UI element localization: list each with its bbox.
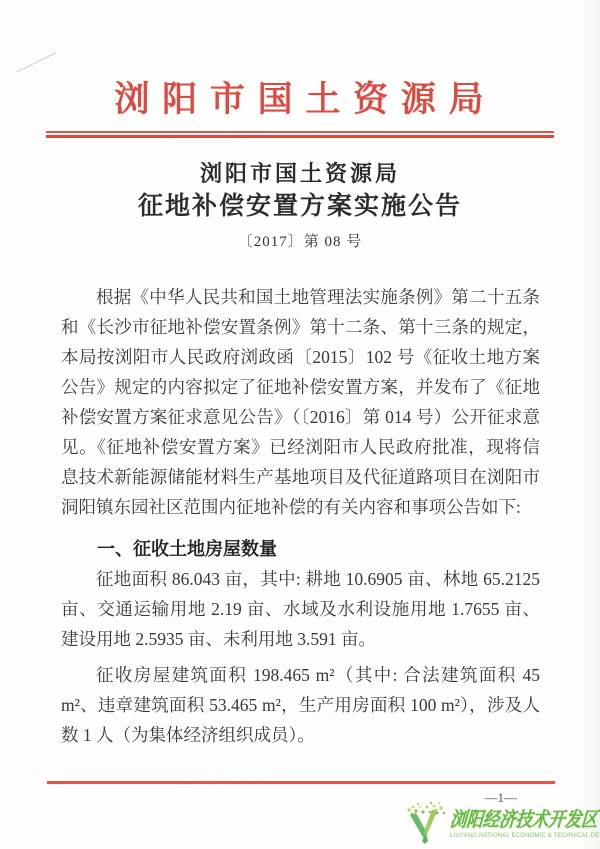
document-body: 根据《中华人民共和国土地管理法实施条例》第二十五条和《长沙市征地补偿安置条例》第…	[61, 282, 540, 750]
section-1-heading: 一、征收土地房屋数量	[61, 534, 540, 564]
document-number: 〔2017〕第 08 号	[0, 231, 600, 253]
body-paragraph-1: 根据《中华人民共和国土地管理法实施条例》第二十五条和《长沙市征地补偿安置条例》第…	[61, 282, 540, 522]
agency-masthead: 浏 阳 市 国 土 资 源 局	[0, 80, 600, 120]
scan-artifact-line	[16, 52, 56, 72]
leaf-logo-icon	[402, 801, 450, 845]
watermark-chinese-text: 浏阳经济技术开发区	[449, 809, 600, 831]
watermark-english-text: LIUYANG NATIONAL ECONOMIC & TECHNICAL DE…	[450, 832, 600, 840]
document-title-line1: 浏阳市国土资源局	[0, 160, 600, 188]
development-zone-watermark: 浏阳经济技术开发区 LIUYANG NATIONAL ECONOMIC & TE…	[402, 801, 600, 847]
body-paragraph-2: 征地面积 86.043 亩，其中: 耕地 10.6905 亩、林地 65.212…	[61, 564, 540, 654]
masthead-divider-thick-line	[46, 135, 554, 138]
watermark-text-column: 浏阳经济技术开发区 LIUYANG NATIONAL ECONOMIC & TE…	[450, 801, 600, 840]
scanned-document-page: 浏 阳 市 国 土 资 源 局 浏阳市国土资源局 征地补偿安置方案实施公告 〔2…	[0, 0, 600, 849]
body-paragraph-3: 征收房屋建筑面积 198.465 m²（其中: 合法建筑面积 45 m²、违章建…	[61, 660, 540, 750]
footer-divider	[47, 781, 555, 784]
masthead-divider	[46, 131, 554, 140]
document-title-line2: 征地补偿安置方案实施公告	[0, 191, 600, 223]
